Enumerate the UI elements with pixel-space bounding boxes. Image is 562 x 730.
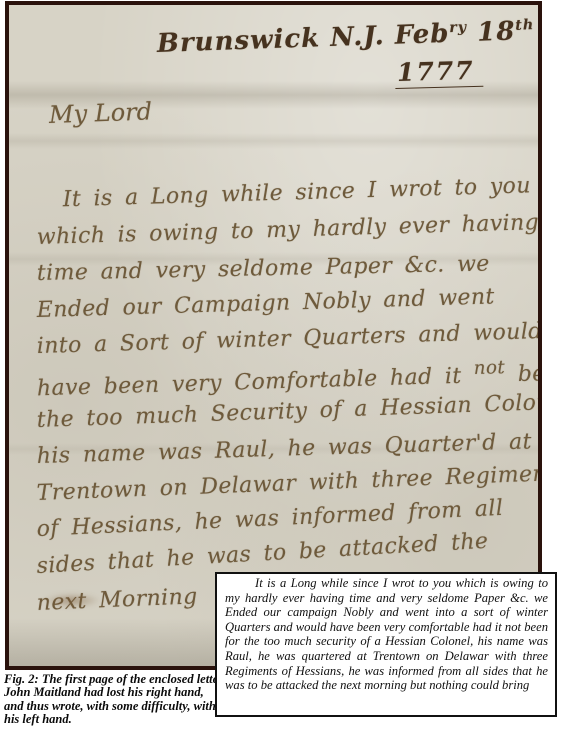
- letter-dateline: Brunswick N.J. Febry 18th: [156, 16, 534, 59]
- letter-salutation: My Lord: [49, 97, 153, 129]
- transcription-box: It is a Long while since I wrot to you w…: [215, 572, 557, 717]
- figure-page: Brunswick N.J. Febry 18th 1777 My Lord I…: [0, 0, 562, 730]
- paper-crease: [9, 133, 538, 149]
- ink-smudge: [43, 593, 101, 608]
- figure-caption: Fig. 2: The first page of the enclosed l…: [4, 673, 226, 727]
- letter-body-handwriting: It is a Long while since I wrot to youwh…: [37, 188, 542, 627]
- letter-scan-image: Brunswick N.J. Febry 18th 1777 My Lord I…: [5, 1, 542, 670]
- transcription-text: It is a Long while since I wrot to you w…: [225, 576, 548, 693]
- letter-year: 1777: [395, 56, 483, 89]
